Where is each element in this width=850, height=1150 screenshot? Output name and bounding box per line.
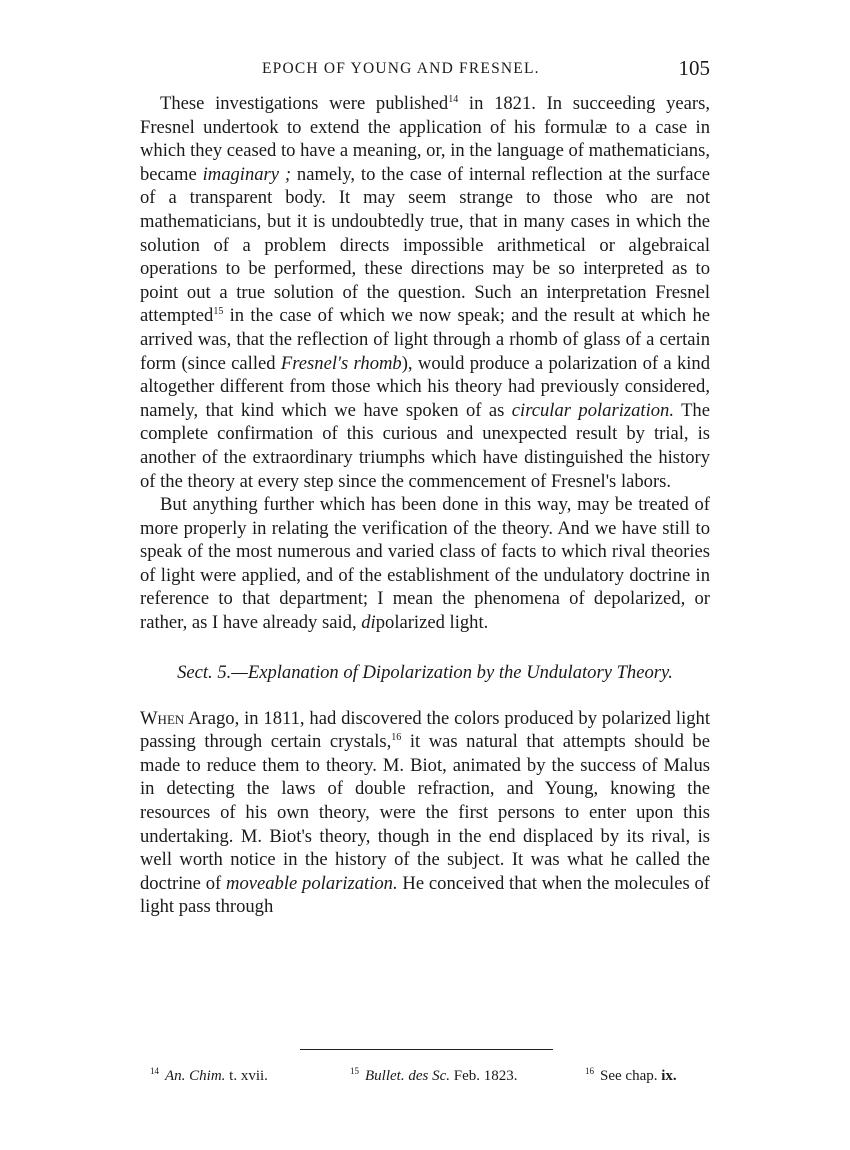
- footnote-number: 14: [150, 1066, 159, 1076]
- paragraph: These investigations were published14 in…: [140, 92, 710, 493]
- footnote-number: 16: [585, 1066, 594, 1076]
- paragraph: When Arago, in 1811, had discovered the …: [140, 707, 710, 919]
- footnote-reference: 14: [448, 94, 458, 105]
- italic-text: moveable polarization.: [226, 873, 398, 894]
- footnotes: 14An. Chim. t. xvii. 15Bullet. des Sc. F…: [140, 1066, 710, 1088]
- footnote: 14An. Chim. t. xvii.: [150, 1066, 268, 1086]
- paragraph: But anything further which has been done…: [140, 493, 710, 635]
- italic-text: imaginary ;: [203, 164, 291, 185]
- footnote-divider: [300, 1049, 553, 1050]
- footnote-reference: 16: [391, 732, 401, 743]
- section-heading: Sect. 5.—Explanation of Dipolarization b…: [140, 661, 710, 685]
- footnote-italic: Bullet. des Sc.: [365, 1068, 450, 1084]
- italic-text: circular polarization.: [512, 400, 674, 421]
- running-head: EPOCH OF YOUNG AND FRESNEL. 105: [140, 58, 710, 88]
- body-text: These investigations were published14 in…: [140, 92, 710, 919]
- small-caps-opening: When: [140, 708, 184, 729]
- footnote: 15Bullet. des Sc. Feb. 1823.: [350, 1066, 517, 1086]
- footnote: 16See chap. ix.: [585, 1066, 677, 1086]
- footnote-reference: 15: [213, 306, 223, 317]
- running-title: EPOCH OF YOUNG AND FRESNEL.: [262, 60, 540, 78]
- footnote-number: 15: [350, 1066, 359, 1076]
- footnote-italic: An. Chim.: [165, 1068, 225, 1084]
- italic-text: di: [361, 612, 375, 633]
- footnote-bold: ix.: [661, 1068, 676, 1084]
- page-number: 105: [679, 56, 711, 81]
- italic-text: Fresnel's rhomb: [281, 353, 402, 374]
